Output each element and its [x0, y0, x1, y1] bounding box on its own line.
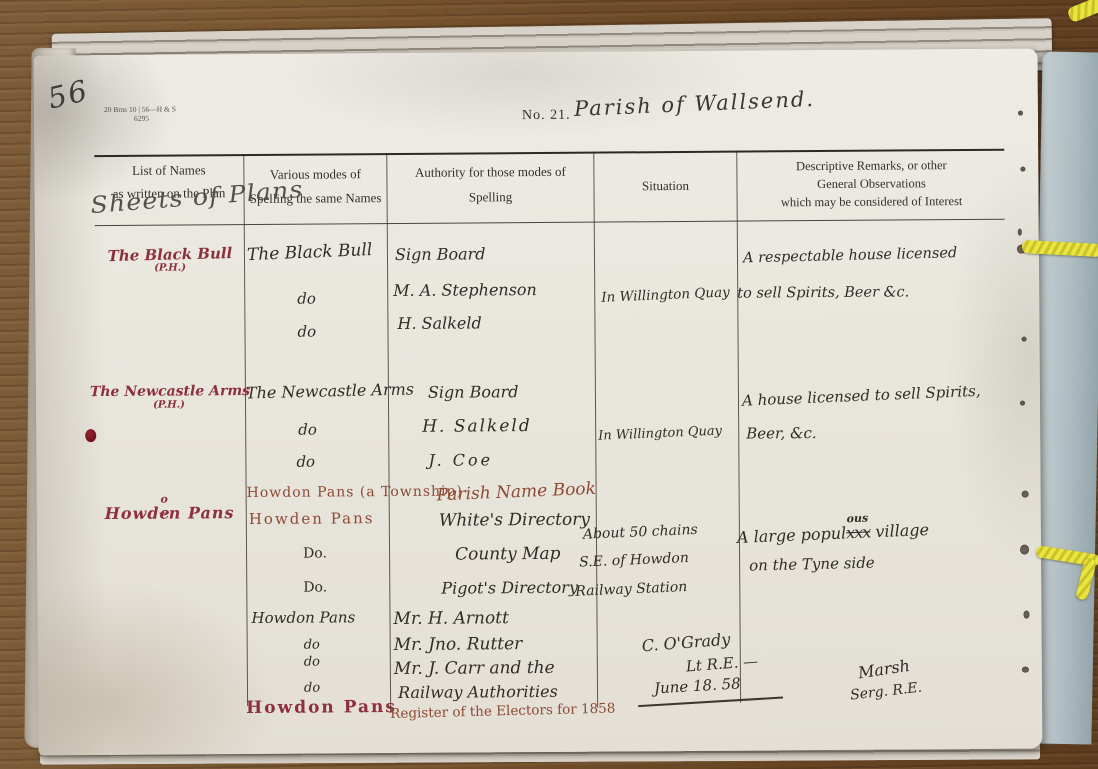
row1-spelling-3: do: [297, 323, 316, 341]
row1-situation: In Willington Quay: [601, 284, 730, 305]
column-divider-2: [386, 153, 391, 713]
form-code-number: 6295: [134, 114, 149, 123]
row1-spelling-2: do: [297, 290, 316, 308]
red-wax-spot: [85, 429, 96, 442]
row1-name-note: (P.H.): [97, 262, 243, 274]
row3-remarks-struck-letters: xxx: [846, 522, 871, 542]
sheet-no-label: No. 21.: [522, 108, 571, 124]
row3-spelling-2: Do.: [303, 545, 327, 561]
row3-remarks-2: on the Tyne side: [749, 554, 875, 575]
row3-spelling-3: Do.: [303, 579, 327, 595]
binding-hole: [1018, 111, 1023, 116]
row3-spelling2-4: do: [304, 681, 320, 696]
row3-situation-2: S.E. of Howdon: [579, 550, 689, 571]
column-header-authority-2: Spelling: [390, 189, 592, 206]
row3-authority-1: White's Directory: [439, 510, 590, 531]
column-divider-1: [243, 154, 248, 706]
row3-name-superscript-o: o: [160, 493, 168, 506]
column-divider-4: [736, 151, 741, 703]
row3-name-struck-letter: e: [159, 504, 168, 523]
plan-scrawl-note: Sheets of Plans: [90, 177, 305, 219]
table-top-rule: [94, 149, 1004, 157]
row3-name-part1: Howd: [105, 504, 160, 523]
row1-authority-2: M. A. Stephenson: [393, 280, 537, 300]
column-header-situation: Situation: [596, 178, 734, 195]
row3-authority2-3: Mr. J. Carr and the: [394, 658, 555, 679]
binding-hole: [1023, 611, 1029, 619]
signature-marsh-rank: Serg. R.E.: [849, 680, 922, 704]
row3-name: Howdoen Pans: [105, 503, 235, 523]
document-page: 56 20 Bms 10 | 56—H & S 6295 No. 21. Par…: [34, 49, 1043, 756]
row3-register-spelling: Howdon Pans: [246, 697, 397, 718]
binding-hole: [1020, 401, 1025, 406]
signature-flourish: [638, 697, 783, 708]
column-header-remarks-2: General Observations: [739, 176, 1003, 193]
row3-name-correction: oe: [159, 504, 168, 523]
row1-remarks-1: A respectable house licensed: [743, 245, 958, 266]
row2-spelling-3: do: [296, 453, 315, 471]
row1-authority-1: Sign Board: [395, 244, 486, 264]
signature-marsh: Marsh: [857, 656, 911, 682]
row3-remarks-correction: ousxxx: [846, 522, 871, 542]
binding-hole: [1020, 545, 1029, 555]
row2-spelling-2: do: [298, 421, 317, 439]
signature-date: June 18. 58: [654, 674, 742, 697]
row1-authority-3: H. Salkeld: [397, 313, 481, 333]
signature-ogrady: C. O'Grady: [641, 630, 731, 656]
row1-spelling-1: The Black Bull: [247, 240, 373, 265]
row3-spelling-1: Howden Pans: [249, 509, 375, 528]
column-header-remarks-3: which may be considered of Interest: [740, 194, 1004, 211]
row3-situation-3: Railway Station: [575, 579, 688, 600]
row3-spelling-township: Howdon Pans (a Township): [247, 484, 463, 502]
row2-name-note: (P.H.): [90, 399, 248, 411]
row2-remarks-2: Beer, &c.: [746, 424, 816, 442]
binding-hole: [1022, 337, 1027, 342]
row3-remarks-1: A large populousxxx village: [737, 520, 930, 547]
page-number: 56: [44, 73, 92, 116]
row2-remarks-1: A house licensed to sell Spirits,: [742, 382, 981, 410]
row3-remarks-part2: village: [875, 520, 929, 541]
row2-authority-2: H. Salkeld: [422, 416, 532, 437]
column-header-authority: Authority for those modes of: [389, 164, 591, 181]
binding-hole: [1022, 667, 1029, 673]
binding-hole: [1018, 229, 1022, 236]
row3-register-authority: Register of the Electors for 1858: [390, 701, 616, 722]
row2-authority-1: Sign Board: [428, 382, 519, 402]
row3-name-part2: n Pans: [169, 503, 235, 522]
row3-authority2-4: Railway Authorities: [398, 682, 558, 702]
row1-remarks-2: to sell Spirits, Beer &c.: [737, 284, 909, 301]
row3-spelling2-1: Howdon Pans: [251, 608, 355, 627]
row2-situation: In Willington Quay: [598, 424, 722, 444]
row3-remarks-part1: A large popul: [737, 523, 847, 547]
parish-title: Parish of Wallsend.: [574, 87, 816, 121]
row3-situation-1: About 50 chains: [583, 522, 698, 543]
row3-spelling2-3: do: [304, 655, 320, 670]
form-code: 20 Bms 10 | 56—H & S: [104, 105, 176, 115]
row3-authority-3: Pigot's Directory: [441, 578, 578, 598]
binding-hole: [1020, 167, 1025, 172]
row2-authority-3: J. Coe: [428, 450, 493, 469]
row3-authority-2: County Map: [455, 544, 561, 565]
signature-ogrady-rank: Lt R.E. —: [685, 652, 758, 675]
row2-name: The Newcastle Arms: [90, 383, 248, 400]
row3-remarks-superscript-ous: ous: [846, 511, 868, 525]
table-header-rule: [95, 219, 1005, 226]
column-header-remarks: Descriptive Remarks, or other: [739, 158, 1003, 175]
row3-authority2-1: Mr. H. Arnott: [393, 608, 508, 629]
row3-spelling2-2: do: [304, 638, 320, 653]
binding-hole: [1022, 491, 1029, 498]
photo-background: 56 20 Bms 10 | 56—H & S 6295 No. 21. Par…: [0, 0, 1098, 769]
column-header-names: List of Names: [94, 162, 243, 179]
row3-authority2-2: Mr. Jno. Rutter: [394, 634, 523, 655]
